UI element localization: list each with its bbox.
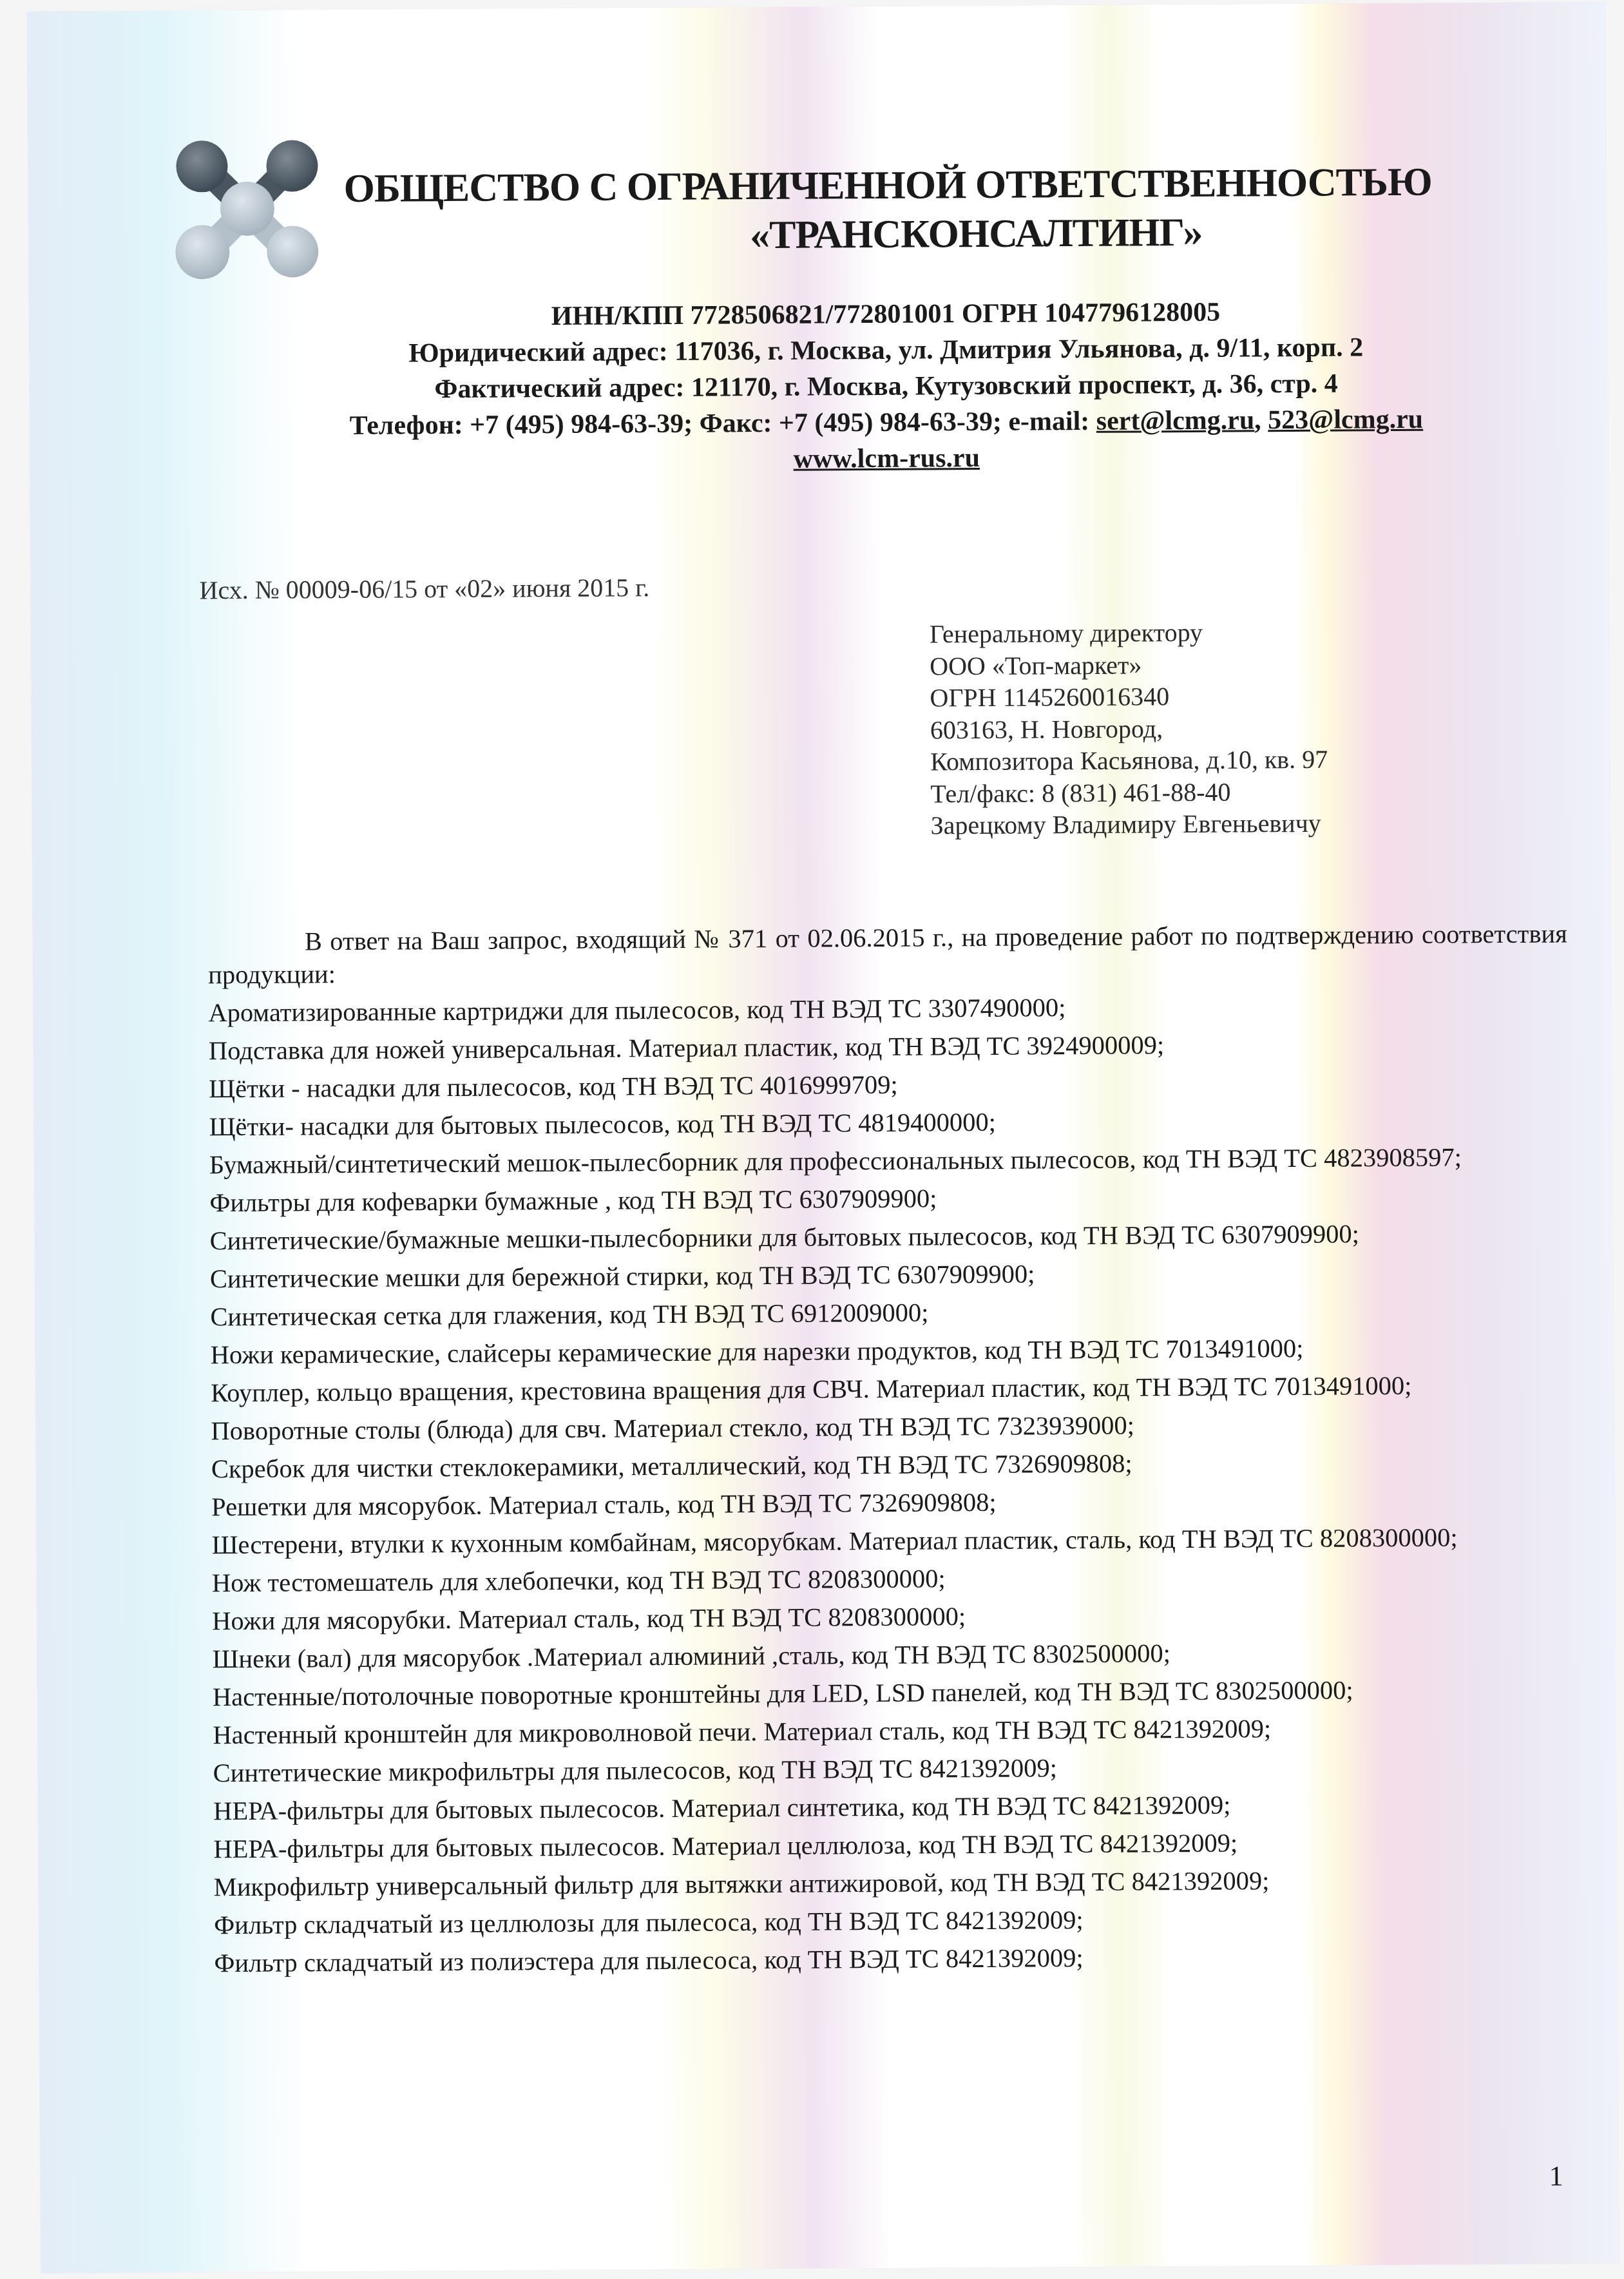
product-list-item: Фильтры для кофеварки бумажные , код ТН … xyxy=(209,1178,1569,1219)
product-list-item: Синтетические/бумажные мешки-пылесборник… xyxy=(210,1216,1569,1257)
outgoing-reference: Исх. № 00009-06/15 от «02» июня 2015 г. xyxy=(199,572,649,605)
product-list-item: Ножи для мясорубки. Материал сталь, код … xyxy=(212,1596,1571,1637)
product-list-item: НЕРА-фильтры для бытовых пылесосов. Мате… xyxy=(213,1824,1572,1865)
product-list-item: Решетки для мясорубок. Материал сталь, к… xyxy=(211,1482,1571,1523)
email-link-sert[interactable]: sert@lcmg.ru xyxy=(1096,405,1255,436)
contacts-phone-fax: Телефон: +7 (495) 984-63-39; Факс: +7 (4… xyxy=(350,407,1096,441)
recipient-line: Зарецкому Владимиру Евгеньевичу xyxy=(931,807,1328,841)
product-list-item: Нож тестомешатель для хлебопечки, код ТН… xyxy=(212,1558,1571,1599)
company-name-line2: «ТРАНСКОНСАЛТИНГ» xyxy=(338,206,1471,262)
product-list: Ароматизированные картриджи для пылесосо… xyxy=(208,988,1573,1979)
product-list-item: Поворотные столы (блюда) для свч. Матери… xyxy=(211,1406,1570,1447)
scanned-letter-page: ОБЩЕСТВО С ОГРАНИЧЕННОЙ ОТВЕТСТВЕННОСТЬЮ… xyxy=(27,2,1619,2273)
recipient-line: 603163, Н. Новгород, xyxy=(930,711,1328,745)
page-number: 1 xyxy=(1549,2159,1563,2192)
product-list-item: Синтетическая сетка для глажения, код ТН… xyxy=(210,1292,1569,1333)
product-list-item: Щётки- насадки для бытовых пылесосов, ко… xyxy=(209,1102,1568,1143)
product-list-item: Бумажный/синтетический мешок-пылесборник… xyxy=(209,1140,1569,1181)
company-requisites-block: ИНН/КПП 7728506821/772801001 ОГРН 104779… xyxy=(274,293,1499,481)
recipient-line: Генеральному директору xyxy=(930,616,1327,650)
product-list-item: Настенный кронштейн для микроволновой пе… xyxy=(213,1710,1572,1751)
product-list-item: Коуплер, кольцо вращения, крестовина вра… xyxy=(211,1368,1570,1409)
product-list-item: Скребок для чистки стеклокерамики, метал… xyxy=(211,1444,1571,1485)
contacts-line: Телефон: +7 (495) 984-63-39; Факс: +7 (4… xyxy=(274,401,1498,445)
product-list-item: Ароматизированные картриджи для пылесосо… xyxy=(208,988,1567,1029)
recipient-line: ООО «Топ-маркет» xyxy=(930,648,1327,682)
product-list-item: Синтетические мешки для бережной стирки,… xyxy=(210,1254,1569,1295)
product-list-item: Ножи керамические, слайсеры керамические… xyxy=(211,1330,1570,1371)
product-list-item: Фильтр складчатый из целлюлозы для пылес… xyxy=(214,1900,1573,1941)
molecule-x-logo-icon xyxy=(169,139,325,281)
product-list-item: Шестерени, втулки к кухонным комбайнам, … xyxy=(211,1520,1571,1561)
intro-paragraph: В ответ на Ваш запрос, входящий № 371 от… xyxy=(208,917,1568,991)
product-list-item: Настенные/потолочные поворотные кронштей… xyxy=(213,1672,1572,1713)
recipient-line: Композитора Касьянова, д.10, кв. 97 xyxy=(930,744,1328,778)
product-list-item: Щётки - насадки для пылесосов, код ТН ВЭ… xyxy=(209,1064,1568,1105)
product-list-item: Шнеки (вал) для мясорубок .Материал алюм… xyxy=(212,1634,1571,1675)
recipient-line: ОГРН 1145260016340 xyxy=(930,680,1327,714)
recipient-block: Генеральному директору ООО «Топ-маркет» … xyxy=(930,616,1328,841)
website-row: www.lcm-rus.ru xyxy=(274,437,1498,481)
product-list-item: Микрофильтр универсальный фильтр для выт… xyxy=(214,1862,1573,1903)
email-link-523[interactable]: 523@lcmg.ru xyxy=(1268,405,1423,435)
product-list-item: Синтетические микрофильтры для пылесосов… xyxy=(213,1748,1572,1789)
product-list-item: Фильтр складчатый из полиэстера для пыле… xyxy=(214,1938,1573,1979)
recipient-line: Тел/факс: 8 (831) 461-88-40 xyxy=(930,775,1328,809)
company-name: ОБЩЕСТВО С ОГРАНИЧЕННОЙ ОТВЕТСТВЕННОСТЬЮ… xyxy=(337,157,1471,262)
product-list-item: НЕРА-фильтры для бытовых пылесосов. Мате… xyxy=(213,1786,1572,1827)
letter-body: В ответ на Ваш запрос, входящий № 371 от… xyxy=(208,917,1574,1985)
product-list-item: Подставка для ножей универсальная. Матер… xyxy=(209,1026,1568,1067)
company-name-line1: ОБЩЕСТВО С ОГРАНИЧЕННОЙ ОТВЕТСТВЕННОСТЬЮ xyxy=(337,157,1471,213)
website-link[interactable]: www.lcm-rus.ru xyxy=(793,443,980,474)
email-separator: , xyxy=(1254,405,1268,435)
